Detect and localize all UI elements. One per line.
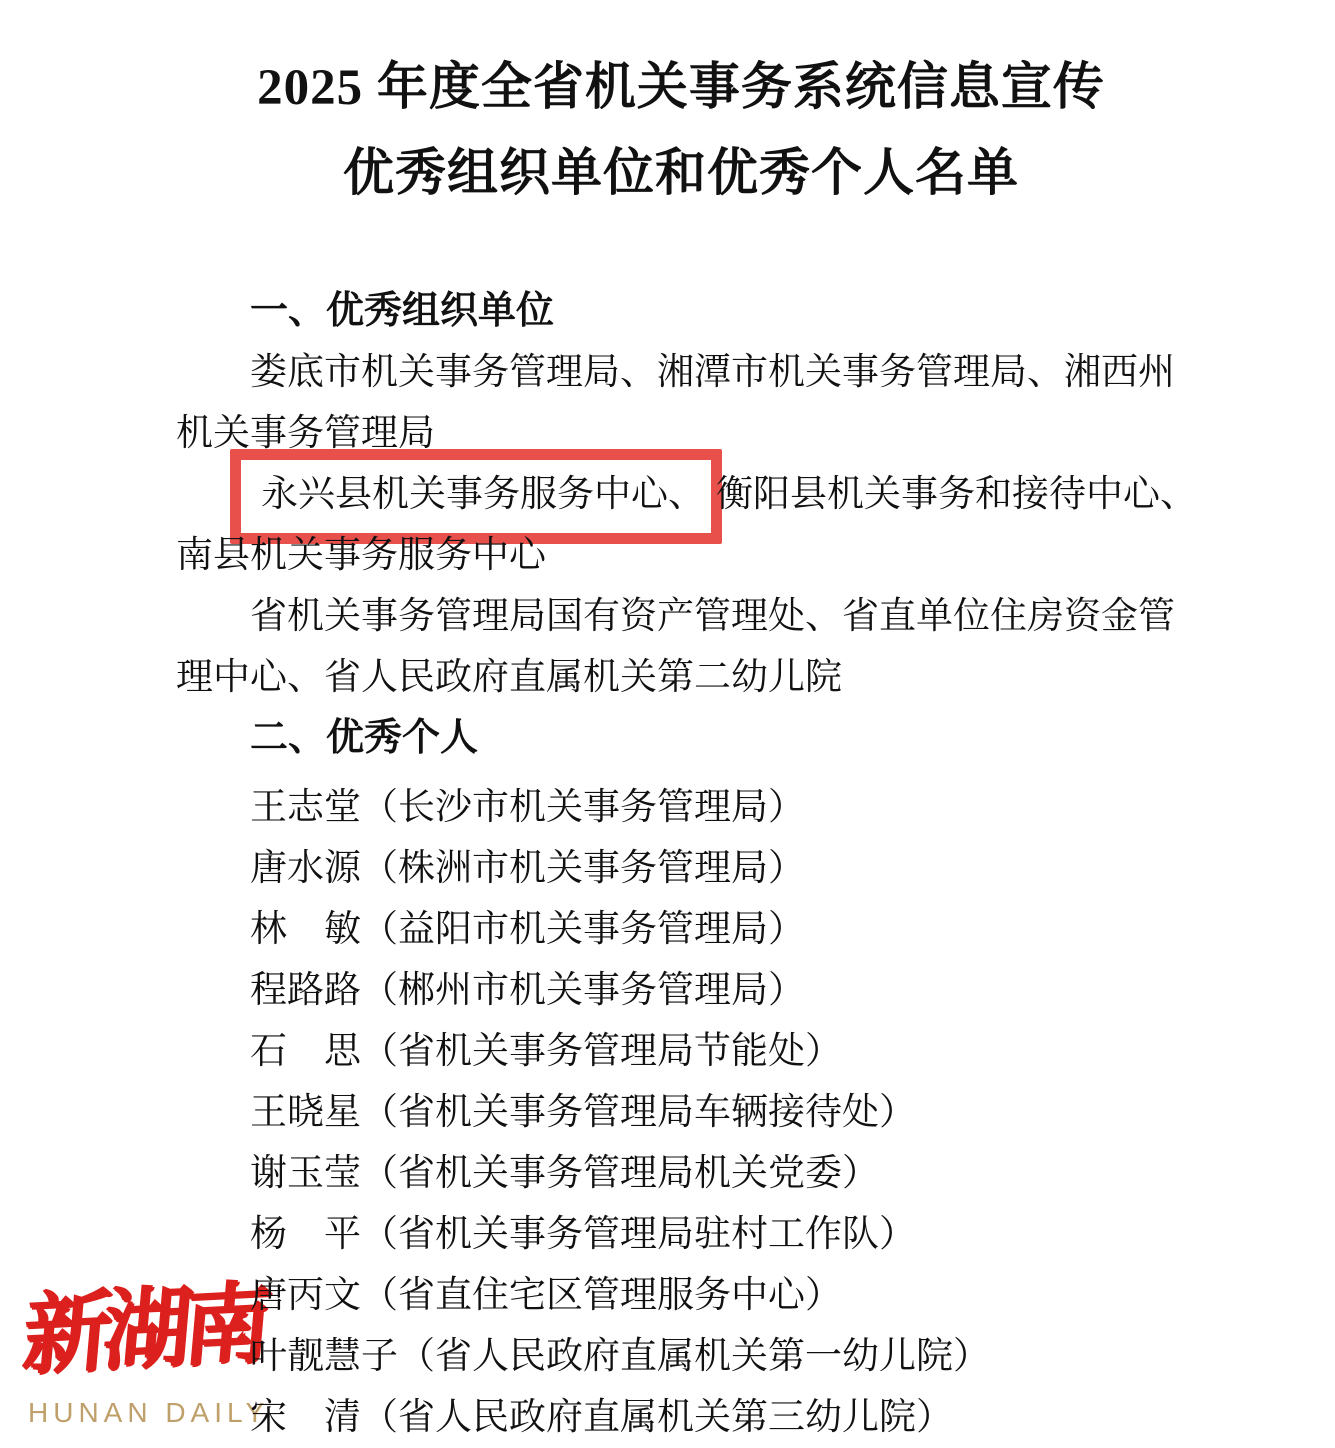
list-item: 程路路（郴州市机关事务管理局） [176, 960, 1186, 1021]
list-item: 王晓星（省机关事务管理局车辆接待处） [176, 1082, 1186, 1143]
list-item: 唐丙文（省直住宅区管理服务中心） [176, 1265, 1186, 1326]
list-item: 唐水源（株洲市机关事务管理局） [176, 838, 1186, 899]
paragraph-line: 省机关事务管理局国有资产管理处、省直单位住房资金管 [176, 586, 1186, 647]
list-item: 林 敏（益阳市机关事务管理局） [176, 899, 1186, 960]
paragraph-org-units-3: 省机关事务管理局国有资产管理处、省直单位住房资金管 理中心、省人民政府直属机关第… [176, 586, 1186, 708]
document-title-line-2: 优秀组织单位和优秀个人名单 [176, 131, 1186, 217]
paragraph-line: 娄底市机关事务管理局、湘潭市机关事务管理局、湘西州 [176, 342, 1186, 403]
paragraph-org-units-1: 娄底市机关事务管理局、湘潭市机关事务管理局、湘西州 机关事务管理局 [176, 342, 1186, 464]
paragraph-org-units-2: 永兴县机关事务服务中心、衡阳县机关事务和接待中心、 南县机关事务服务中心 [176, 464, 1186, 586]
list-item: 王志堂（长沙市机关事务管理局） [176, 777, 1186, 838]
paragraph-line: 永兴县机关事务服务中心、衡阳县机关事务和接待中心、 [176, 464, 1186, 525]
individuals-list: 王志堂（长沙市机关事务管理局） 唐水源（株洲市机关事务管理局） 林 敏（益阳市机… [176, 777, 1186, 1448]
list-item: 杨 平（省机关事务管理局驻村工作队） [176, 1204, 1186, 1265]
document-body: 2025 年度全省机关事务系统信息宣传 优秀组织单位和优秀个人名单 一、优秀组织… [176, 45, 1186, 1448]
document-page: { "colors": { "highlight-red": "#e8504b"… [0, 0, 1335, 1448]
list-item: 石 思（省机关事务管理局节能处） [176, 1021, 1186, 1082]
document-title-line-1: 2025 年度全省机关事务系统信息宣传 [176, 45, 1186, 131]
section-2-heading: 二、优秀个人 [176, 708, 1186, 769]
list-item: 谢玉莹（省机关事务管理局机关党委） [176, 1143, 1186, 1204]
paragraph-line: 理中心、省人民政府直属机关第二幼儿院 [176, 647, 1186, 708]
list-item: 叶靓慧子（省人民政府直属机关第一幼儿院） [176, 1326, 1186, 1387]
list-item: 宋 清（省人民政府直属机关第三幼儿院） [176, 1387, 1186, 1448]
section-1-heading: 一、优秀组织单位 [176, 281, 1186, 342]
paragraph-text: 衡阳县机关事务和接待中心、 [716, 474, 1197, 515]
